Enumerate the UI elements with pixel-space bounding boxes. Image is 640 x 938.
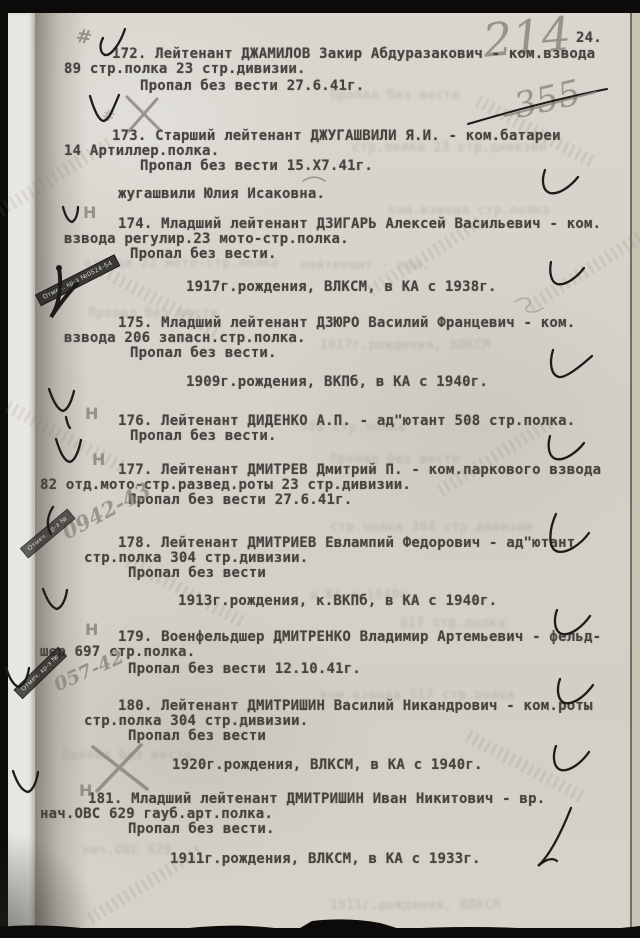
torn-edge-shape xyxy=(0,919,640,938)
pencil-squiggle xyxy=(515,298,543,312)
ink-paren-178 xyxy=(48,507,53,534)
ink-hook-7 xyxy=(558,679,593,703)
ink-hook-6 xyxy=(555,610,590,634)
scanned-document-page: Пропал без вести стр.полка 23 стр.дивизи… xyxy=(0,0,640,938)
ink-check-177 xyxy=(56,439,81,462)
ink-blob-175 xyxy=(56,265,62,271)
ink-hook-5 xyxy=(550,514,589,552)
ink-check-172 xyxy=(101,29,125,55)
ink-hook-1 xyxy=(543,170,578,193)
pencil-x-173 xyxy=(127,97,159,131)
ink-tick-176b xyxy=(66,417,70,428)
ink-check-181 xyxy=(13,771,38,792)
ink-check-173 xyxy=(90,95,119,121)
ink-check-180 xyxy=(6,667,29,687)
pencil-strike-355 xyxy=(505,92,596,116)
ink-hook-2 xyxy=(550,262,584,284)
ink-hook-4 xyxy=(549,436,584,459)
ink-hook-3 xyxy=(551,350,592,377)
ink-hook-8 xyxy=(554,746,589,770)
ink-tick-174 xyxy=(63,207,78,222)
ink-check-178b xyxy=(43,589,67,609)
pencil-caret xyxy=(303,177,325,181)
handwritten-marks-overlay xyxy=(0,0,640,938)
ink-swoosh-181 xyxy=(538,808,571,866)
pencil-x-180 xyxy=(93,745,147,791)
ink-check-176 xyxy=(49,389,74,411)
scan-bottom-border xyxy=(0,918,640,938)
ink-check-175 xyxy=(51,268,77,317)
